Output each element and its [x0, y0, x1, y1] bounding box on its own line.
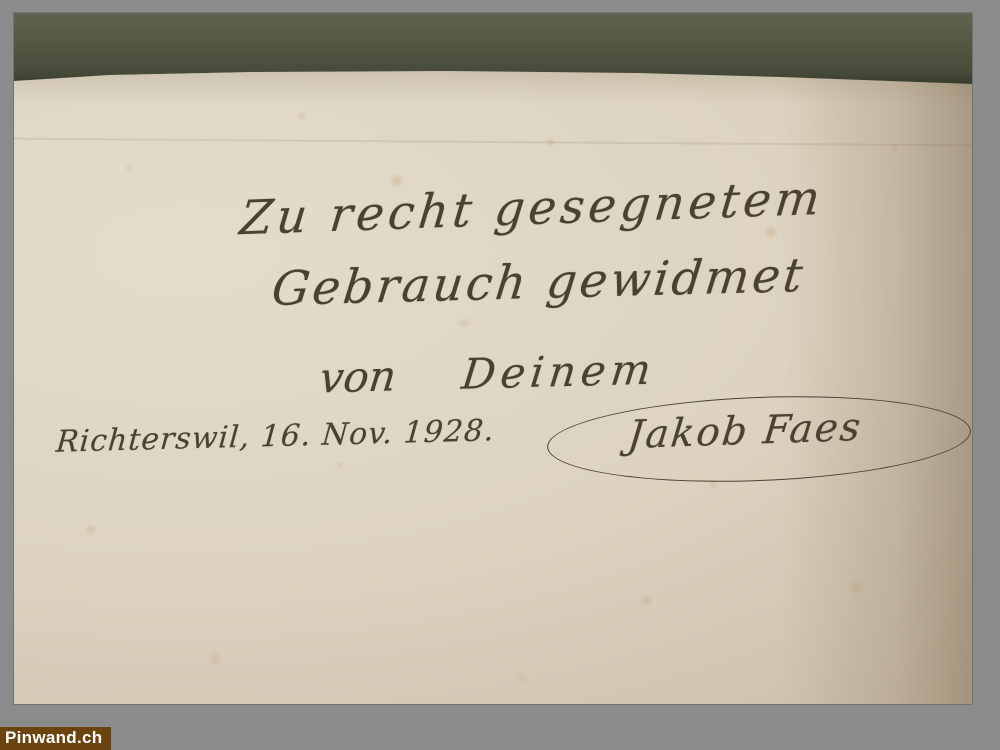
dedication-line-2: Gebrauch gewidmet: [269, 248, 808, 317]
photograph: Zu recht gesegnetem Gebrauch gewidmet vo…: [14, 13, 972, 704]
dedication-line-1: Zu recht gesegnetem: [237, 171, 826, 247]
dedication-line-3: vonDeinem: [317, 345, 658, 403]
watermark-badge: Pinwand.ch: [0, 727, 111, 750]
dedication-word-deinem: Deinem: [459, 345, 658, 399]
dedication-word-von: von: [317, 351, 399, 402]
signature: Jakob Faes: [626, 405, 865, 458]
handwriting-layer: Zu recht gesegnetem Gebrauch gewidmet vo…: [14, 13, 972, 704]
dedication-dateline: Richterswil, 16. Nov. 1928.: [55, 413, 496, 460]
watermark-divider-line: [0, 721, 80, 723]
page-background: Zu recht gesegnetem Gebrauch gewidmet vo…: [0, 0, 1000, 750]
